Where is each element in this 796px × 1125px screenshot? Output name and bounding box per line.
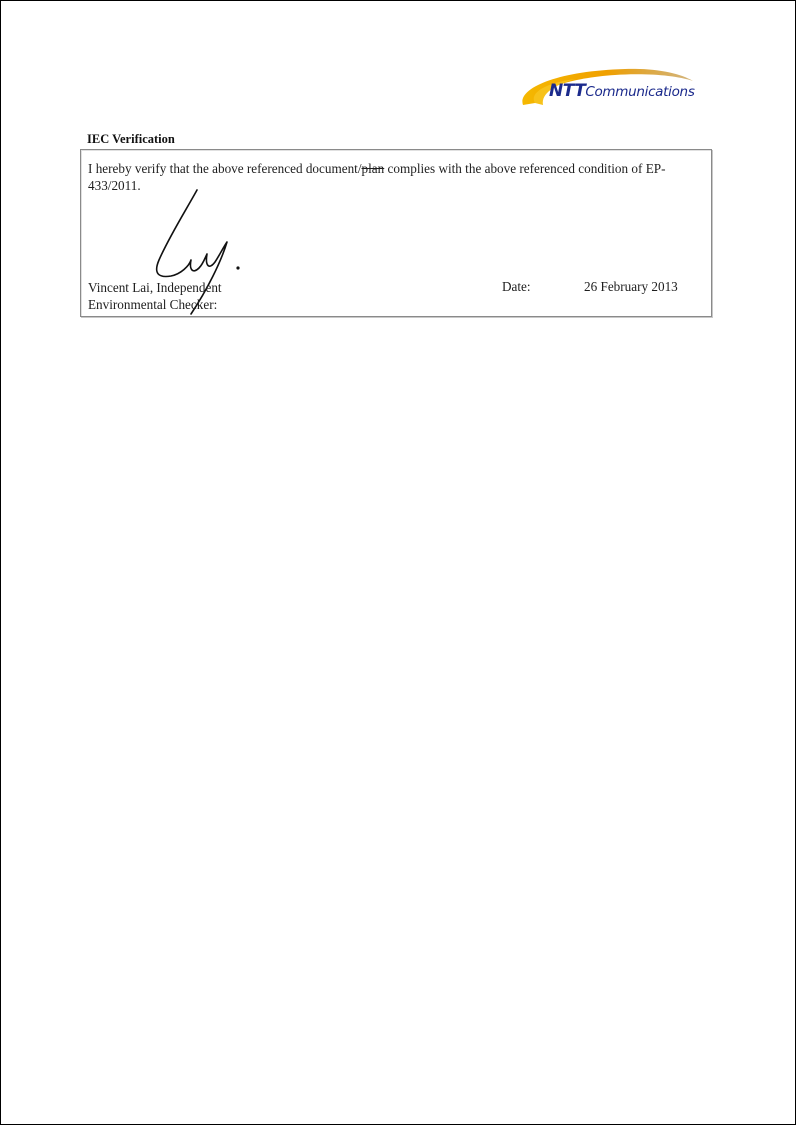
document-page: NTTCommunications IEC Verification I her… xyxy=(0,0,796,1125)
verification-box: I hereby verify that the above reference… xyxy=(80,149,712,317)
logo-ntt-text: NTT xyxy=(549,81,585,101)
statement-struck-word: plan xyxy=(362,161,385,176)
section-title: IEC Verification xyxy=(87,132,175,147)
ntt-communications-logo: NTTCommunications xyxy=(515,63,715,115)
signer-line-1: Vincent Lai, Independent xyxy=(88,279,222,296)
date-label: Date: xyxy=(502,279,531,295)
signer-line-2: Environmental Checker: xyxy=(88,296,222,313)
logo-communications-text: Communications xyxy=(585,84,694,100)
signer-name: Vincent Lai, Independent Environmental C… xyxy=(88,279,222,313)
statement-part-1: I hereby verify that the above reference… xyxy=(88,161,362,176)
date-value: 26 February 2013 xyxy=(584,279,678,295)
